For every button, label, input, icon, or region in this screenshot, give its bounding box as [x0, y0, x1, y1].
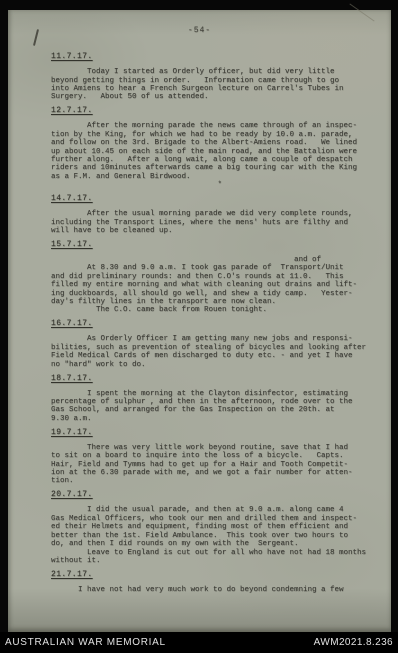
entry-text-line: filled my entire morning and what with c…: [51, 281, 381, 289]
entry-text-line: will have to be cleaned up.: [51, 227, 381, 235]
document-page: -54- 11.7.17. Today I started as Orderly…: [8, 10, 391, 632]
entry-text-line: Today I started as Orderly officer, but …: [51, 68, 381, 76]
entry-text-line: without it.: [51, 557, 381, 565]
entry-date: 20.7.17.: [51, 491, 381, 500]
diary-entry: 16.7.17. As Orderly Officer I am getting…: [51, 320, 381, 369]
entry-text-line: Gas School, and arranged for the Gas Ins…: [51, 406, 381, 414]
diary-entries: 11.7.17. Today I started as Orderly offi…: [51, 53, 381, 594]
entry-date: 21.7.17.: [51, 571, 381, 580]
entry-date: 12.7.17.: [51, 107, 381, 116]
entry-text-line: ion at the 6.30 parade with me, and we g…: [51, 469, 381, 477]
entry-text-line: tion by the King, for which we had to be…: [51, 131, 381, 139]
entry-text-line: I have not had very much work to do beyo…: [51, 586, 381, 594]
entry-date: 19.7.17.: [51, 429, 381, 438]
entry-text-line: bilities, such as prevention of stealing…: [51, 344, 381, 352]
entry-text-line: After the morning parade the news came t…: [51, 122, 381, 130]
diary-entry: 15.7.17. and of At 8.30 and 9.0 a.m. I t…: [51, 241, 381, 315]
entry-date: 15.7.17.: [51, 241, 381, 250]
entry-text-line: Hair, Field and Tymms had to get up for …: [51, 461, 381, 469]
entry-text-line: including the Transport Lines, where the…: [51, 219, 381, 227]
entry-text-line: tion.: [51, 477, 381, 485]
entry-text-line: do, and then I did rounds on my own with…: [51, 540, 381, 548]
entry-text-line: ing duckboards, all should go well, and …: [51, 290, 381, 298]
entry-text-line: to sit on a board to inquire into the lo…: [51, 452, 381, 460]
entry-text-line: At 8.30 and 9.0 a.m. I took gas parade o…: [51, 264, 381, 272]
entry-text-line: Surgery. About 50 of us attended.: [51, 93, 381, 101]
entry-date: 14.7.17.: [51, 195, 381, 204]
typed-asterisk-mark: *: [51, 181, 381, 189]
diary-entry: 12.7.17. After the morning parade the ne…: [51, 107, 381, 189]
entry-text-line: beyond getting things in order. Informat…: [51, 77, 381, 85]
diary-entry: 19.7.17. There was very little work beyo…: [51, 429, 381, 486]
diary-entry: 20.7.17. I did the usual parade, and the…: [51, 491, 381, 565]
entry-text-line: I spent the morning at the Clayton disin…: [51, 390, 381, 398]
entry-text-line: and did preliminary rounds: and then C.O…: [51, 273, 381, 281]
entry-text-line: Leave to England is cut out for all who …: [51, 549, 381, 557]
entry-text-line: Field Medical Cards of men discharged to…: [51, 352, 381, 360]
entry-text-line: no "hard" work to do.: [51, 361, 381, 369]
entry-date: 16.7.17.: [51, 320, 381, 329]
entry-text-line: There was very little work beyond routin…: [51, 444, 381, 452]
entry-text-line: and follow on the 3rd. Brigade to the Al…: [51, 139, 381, 147]
diary-entry: 21.7.17. I have not had very much work t…: [51, 571, 381, 595]
catalog-number: AWM2021.8.236: [314, 637, 393, 648]
entry-date: 18.7.17.: [51, 375, 381, 384]
diary-entry: 14.7.17. After the usual morning parade …: [51, 195, 381, 235]
page-number: -54-: [8, 26, 391, 35]
entry-text-line: ed their Helmets and equipment, finding …: [51, 523, 381, 531]
entry-text-line: up about 10.45 on each side of the main …: [51, 148, 381, 156]
entry-text-line: as a F.M. and General Birdwood.: [51, 173, 381, 181]
paper-crease: [349, 3, 374, 21]
entry-text-line: better than the 1st. Field Ambulance. Th…: [51, 532, 381, 540]
diary-entry: 18.7.17. I spent the morning at the Clay…: [51, 375, 381, 424]
entry-date: 11.7.17.: [51, 53, 381, 62]
footer-bar: AUSTRALIAN WAR MEMORIAL AWM2021.8.236: [0, 632, 398, 653]
entry-text-line: riders and 10minutes afterwards came a b…: [51, 164, 381, 172]
entry-text-line: The C.O. came back from Rouen tonight.: [51, 306, 381, 314]
entry-text-line: After the usual morning parade we did ve…: [51, 210, 381, 218]
archive-name: AUSTRALIAN WAR MEMORIAL: [5, 637, 166, 648]
entry-text-line: 9.30 a.m.: [51, 415, 381, 423]
entry-text-line: I did the usual parade, and then at 9.0 …: [51, 506, 381, 514]
entry-text-line: As Orderly Officer I am getting many new…: [51, 335, 381, 343]
diary-entry: 11.7.17. Today I started as Orderly offi…: [51, 53, 381, 102]
